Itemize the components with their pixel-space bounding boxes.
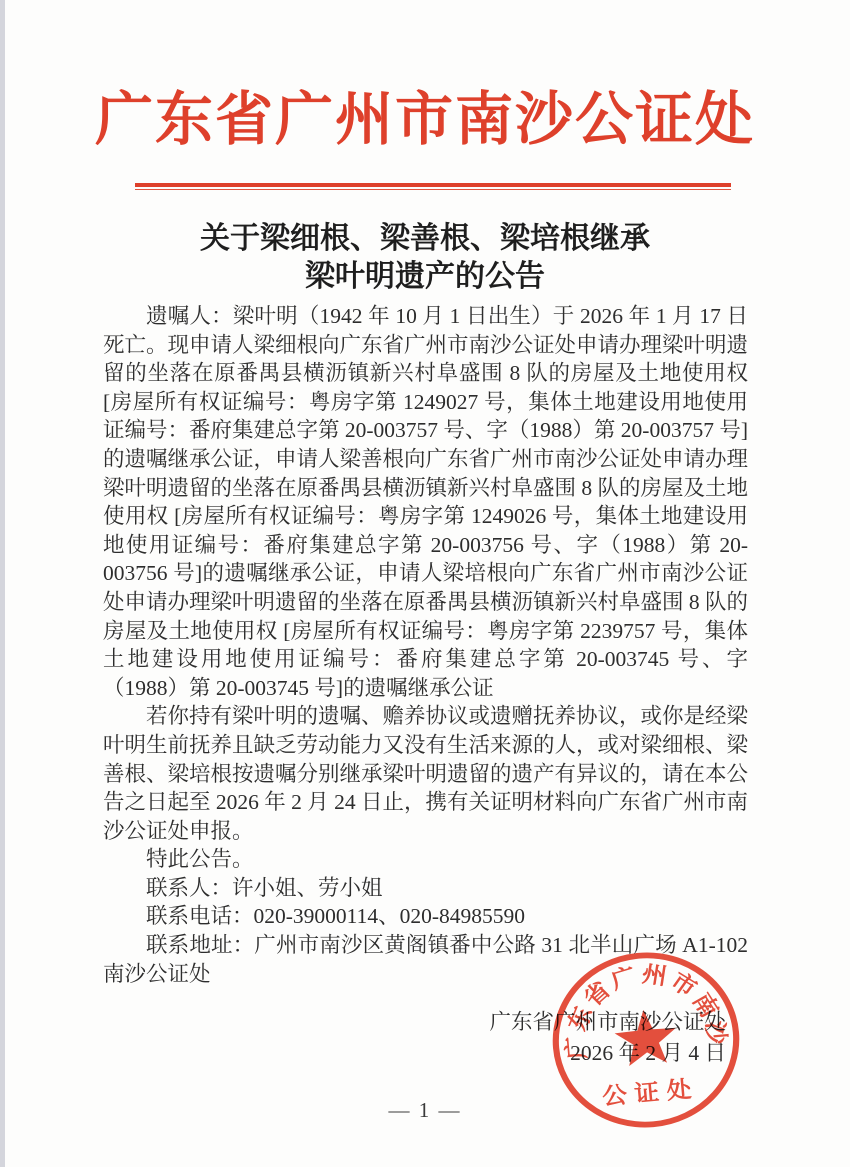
letterhead-org-name: 广东省广州市南沙公证处 [0,72,850,156]
contact-person-line: 联系人：许小姐、劳小姐 [103,874,748,903]
notice-title-line-1: 关于梁细根、梁善根、梁培根继承 [0,220,850,258]
contact-phone-line: 联系电话：020-39000114、020-84985590 [103,902,748,931]
letterhead-rule [135,183,731,190]
scan-edge [0,0,5,1167]
page-number: — 1 — [0,1098,850,1123]
seal-star-icon [613,1007,679,1067]
notice-body: 遗嘱人：梁叶明（1942 年 10 月 1 日出生）于 2026 年 1 月 1… [103,302,748,988]
paragraph-closing: 特此公告。 [103,845,748,874]
notice-title-line-2: 梁叶明遗产的公告 [0,258,850,296]
paragraph-objection: 若你持有梁叶明的遗嘱、赡养协议或遗赠抚养协议，或你是经梁叶明生前抚养且缺乏劳动能… [103,702,748,845]
paragraph-testator: 遗嘱人：梁叶明（1942 年 10 月 1 日出生）于 2026 年 1 月 1… [103,302,748,702]
notice-title: 关于梁细根、梁善根、梁培根继承 梁叶明遗产的公告 [0,220,850,296]
